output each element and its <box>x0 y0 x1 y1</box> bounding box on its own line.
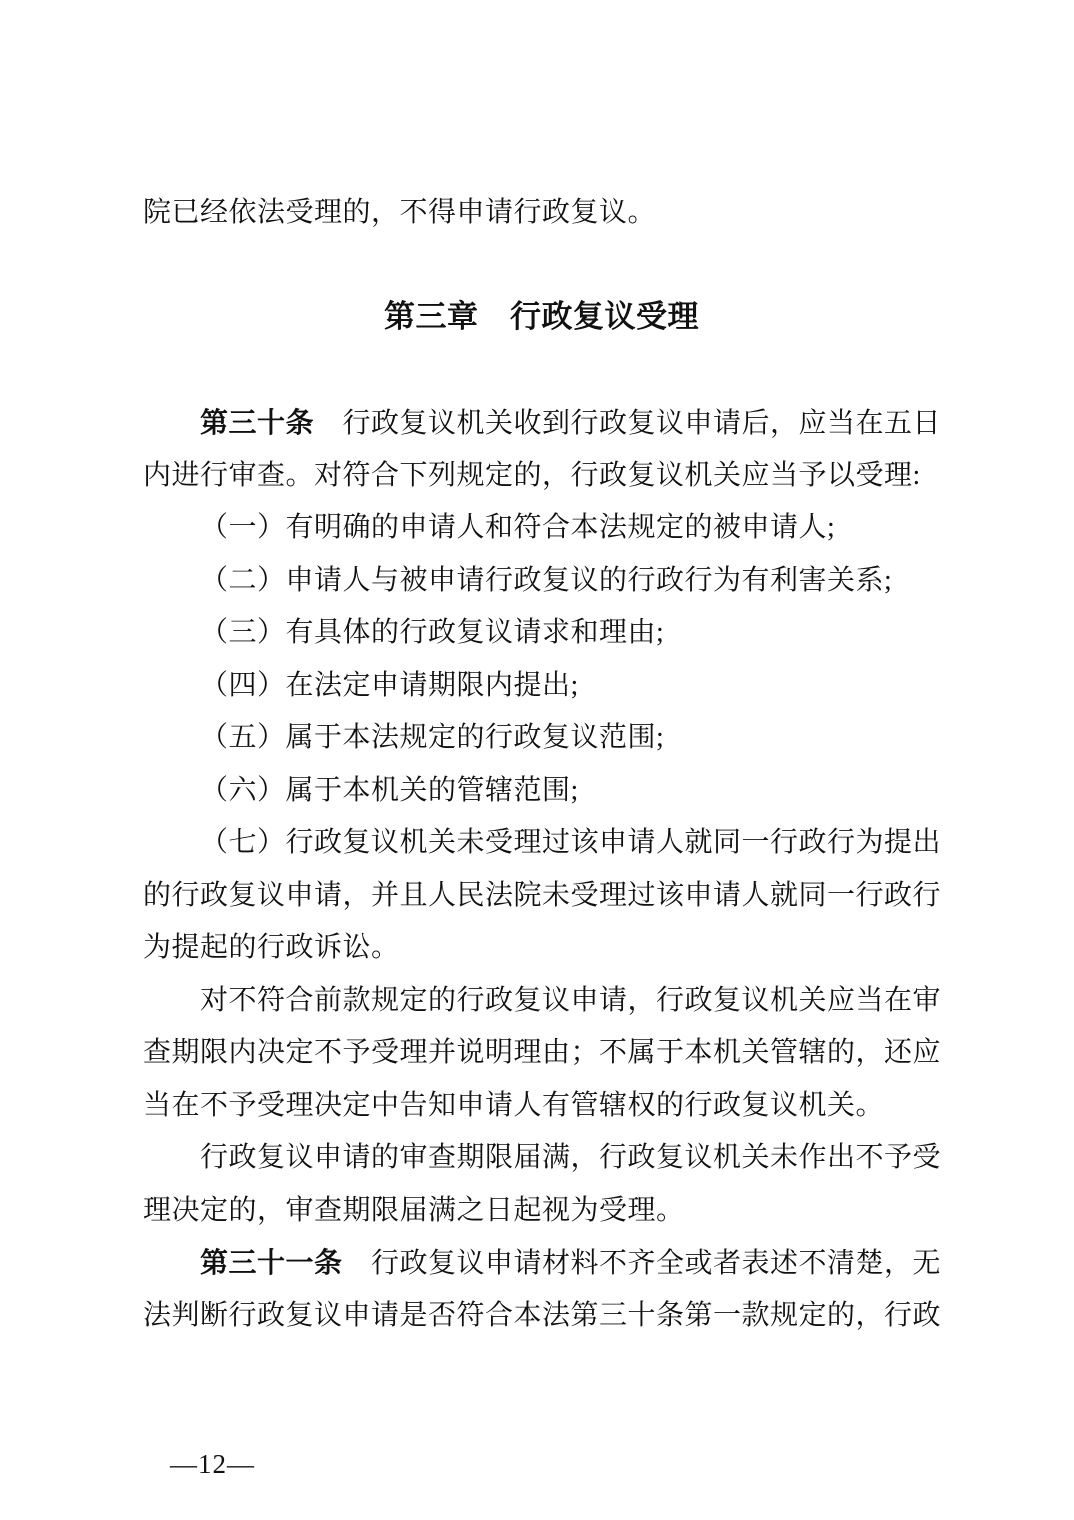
line-text: （五）属于本法规定的行政复议范围; <box>200 722 664 753</box>
line-text: 查期限内决定不予受理并说明理由；不属于本机关管辖的，还应 <box>143 1037 941 1068</box>
body-text: 第三十条 行政复议机关收到行政复议申请后，应当在五日 内进行审查。对符合下列规定… <box>143 397 943 1342</box>
page-number: —12— <box>170 1444 255 1484</box>
text-line: 内进行审查。对符合下列规定的，行政复议机关应当予以受理: <box>143 450 943 503</box>
line-text: 理决定的，审查期限届满之日起视为受理。 <box>143 1195 685 1226</box>
text-line: （六）属于本机关的管辖范围; <box>143 765 943 818</box>
text-line: （三）有具体的行政复议请求和理由; <box>143 607 943 660</box>
line-text: （一）有明确的申请人和符合本法规定的被申请人; <box>200 512 835 543</box>
text-line: 当在不予受理决定中告知申请人有管辖权的行政复议机关。 <box>143 1080 943 1133</box>
line-text: （六）属于本机关的管辖范围; <box>200 775 579 806</box>
line-text: 法判断行政复议申请是否符合本法第三十条第一款规定的，行政 <box>143 1300 941 1331</box>
text-line: （一）有明确的申请人和符合本法规定的被申请人; <box>143 502 943 555</box>
line-text: 的行政复议申请，并且人民法院未受理过该申请人就同一行政行 <box>143 880 941 911</box>
text-line: （四）在法定申请期限内提出; <box>143 660 943 713</box>
chapter-heading: 第三章 行政复议受理 <box>143 292 940 342</box>
text-line: 第三十一条 行政复议申请材料不齐全或者表述不清楚，无 <box>143 1237 943 1290</box>
document-page: 院已经依法受理的，不得申请行政复议。 第三章 行政复议受理 第三十条 行政复议机… <box>0 0 1074 1520</box>
line-text: 内进行审查。对符合下列规定的，行政复议机关应当予以受理: <box>143 460 921 491</box>
text-line: （五）属于本法规定的行政复议范围; <box>143 712 943 765</box>
text-line: 对不符合前款规定的行政复议申请，行政复议机关应当在审 <box>143 975 943 1028</box>
line-text: 为提起的行政诉讼。 <box>143 932 400 963</box>
article-number: 第三十一条 <box>200 1247 343 1278</box>
line-text: （七）行政复议机关未受理过该申请人就同一行政行为提出 <box>200 827 941 858</box>
text-line: 的行政复议申请，并且人民法院未受理过该申请人就同一行政行 <box>143 870 943 923</box>
intro-line: 院已经依法受理的，不得申请行政复议。 <box>143 186 943 239</box>
text-line: （七）行政复议机关未受理过该申请人就同一行政行为提出 <box>143 817 943 870</box>
text-line: 行政复议申请的审查期限届满，行政复议机关未作出不予受 <box>143 1132 943 1185</box>
text-line: 法判断行政复议申请是否符合本法第三十条第一款规定的，行政 <box>143 1290 943 1343</box>
line-text: （三）有具体的行政复议请求和理由; <box>200 617 664 648</box>
text-line: 理决定的，审查期限届满之日起视为受理。 <box>143 1185 943 1238</box>
text-line: 查期限内决定不予受理并说明理由；不属于本机关管辖的，还应 <box>143 1027 943 1080</box>
text-line: 为提起的行政诉讼。 <box>143 922 943 975</box>
line-text: （四）在法定申请期限内提出; <box>200 670 579 701</box>
line-text: 当在不予受理决定中告知申请人有管辖权的行政复议机关。 <box>143 1090 884 1121</box>
text-line: 第三十条 行政复议机关收到行政复议申请后，应当在五日 <box>143 397 943 450</box>
line-text: 对不符合前款规定的行政复议申请，行政复议机关应当在审 <box>200 985 941 1016</box>
line-text: 行政复议申请的审查期限届满，行政复议机关未作出不予受 <box>200 1142 941 1173</box>
text-line: （二）申请人与被申请行政复议的行政行为有利害关系; <box>143 555 943 608</box>
line-text: 行政复议申请材料不齐全或者表述不清楚，无 <box>343 1248 942 1279</box>
line-text: 行政复议机关收到行政复议申请后，应当在五日 <box>314 408 941 439</box>
article-number: 第三十条 <box>200 407 314 438</box>
line-text: （二）申请人与被申请行政复议的行政行为有利害关系; <box>200 565 892 596</box>
